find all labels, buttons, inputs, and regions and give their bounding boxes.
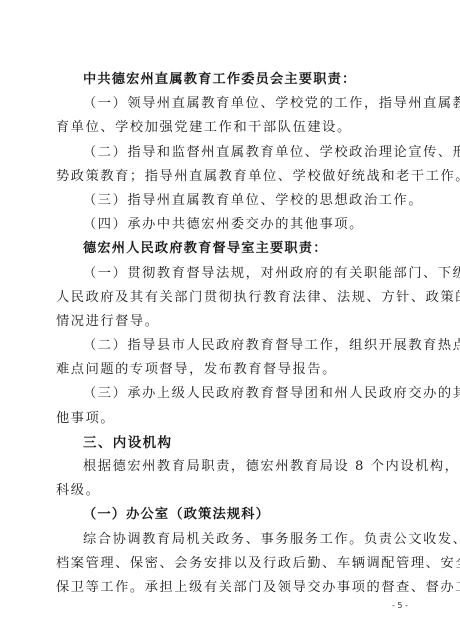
paragraph-line: （二）指导县市人民政府教育督导工作，组织开展教育热点、 bbox=[56, 334, 402, 358]
paragraph-line: （四）承办中共德宏州委交办的其他事项。 bbox=[56, 213, 402, 237]
paragraph-line: 档案管理、保密、会务安排以及行政后勤、车辆调配管理、安全 bbox=[56, 552, 402, 576]
paragraph-line: （一）领导州直属教育单位、学校党的工作，指导州直属教 bbox=[56, 92, 402, 116]
document-page: 中共德宏州直属教育工作委员会主要职责： （一）领导州直属教育单位、学校党的工作，… bbox=[56, 68, 402, 600]
subheading-office: （一）办公室（政策法规科） bbox=[56, 503, 402, 527]
heading-supervision-office-duties: 德宏州人民政府教育督导室主要职责： bbox=[56, 237, 402, 261]
page-number: - 5 - bbox=[392, 601, 408, 610]
paragraph-line: 科级。 bbox=[56, 479, 402, 503]
paragraph-line: 人民政府及其有关部门贯彻执行教育法律、法规、方针、政策的 bbox=[56, 286, 402, 310]
paragraph-line: （三）指导州直属教育单位、学校的思想政治工作。 bbox=[56, 189, 402, 213]
section-heading-internal-structure: 三、内设机构 bbox=[56, 431, 402, 455]
paragraph-line: （二）指导和监督州直属教育单位、学校政治理论宣传、形 bbox=[56, 141, 402, 165]
paragraph-line: 育单位、学校加强党建工作和干部队伍建设。 bbox=[56, 116, 402, 140]
paragraph-line: （一）贯彻教育督导法规，对州政府的有关职能部门、下级 bbox=[56, 262, 402, 286]
paragraph-line: 保卫等工作。承担上级有关部门及领导交办事项的督查、督办工 bbox=[56, 576, 402, 600]
paragraph-line: 根据德宏州教育局职责，德宏州教育局设 8 个内设机构，正 bbox=[56, 455, 402, 479]
paragraph-line: 情况进行督导。 bbox=[56, 310, 402, 334]
paragraph-line: 他事项。 bbox=[56, 407, 402, 431]
paragraph-line: 难点问题的专项督导，发布教育督导报告。 bbox=[56, 358, 402, 382]
paragraph-line: （三）承办上级人民政府教育督导团和州人民政府交办的其 bbox=[56, 382, 402, 406]
paragraph-line: 势政策教育；指导州直属教育单位、学校做好统战和老干工作。 bbox=[56, 165, 402, 189]
heading-party-committee-duties: 中共德宏州直属教育工作委员会主要职责： bbox=[56, 68, 402, 92]
paragraph-line: 综合协调教育局机关政务、事务服务工作。负责公文收发、 bbox=[56, 528, 402, 552]
